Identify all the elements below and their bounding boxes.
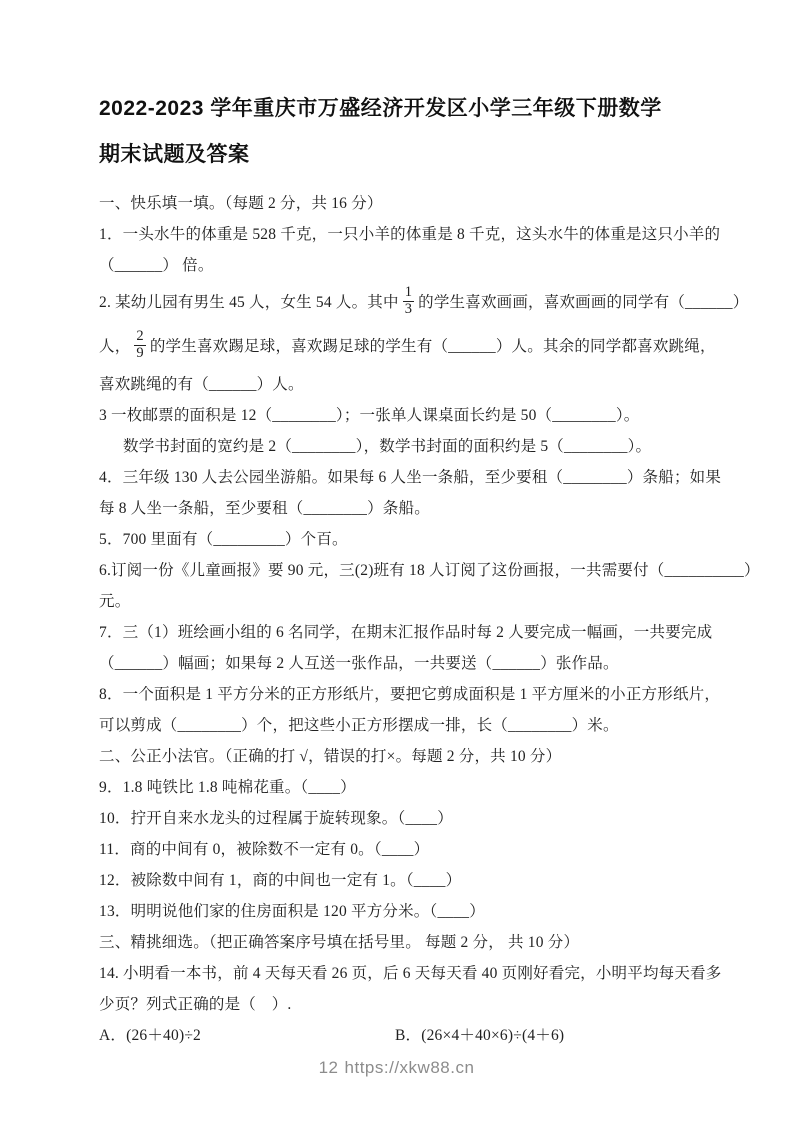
text-line: 10．拧开自来水龙头的过程属于旋转现象。（____） [99,803,699,834]
options-row: A．(26＋40)÷2B．(26×4＋40×6)÷(4＋6) [99,1020,699,1051]
text-segment: 可以剪成（________）个，把这些小正方形摆成一排，长（________）米… [99,717,619,734]
question-14: 14. 小明看一本书，前 4 天每天看 26 页，后 6 天每天看 40 页刚好… [99,958,699,1020]
question-9: 9．1.8 吨铁比 1.8 吨棉花重。（____） [99,772,699,803]
text-line: 一、快乐填一填。（每题 2 分，共 16 分） [99,188,699,219]
question-11: 11．商的中间有 0，被除数不一定有 0。（____） [99,834,699,865]
text-segment: 数学书封面的宽约是 2（________），数学书封面的面积约是 5（_____… [123,438,651,455]
text-line: 14. 小明看一本书，前 4 天每天看 26 页，后 6 天每天看 40 页刚好… [99,958,699,989]
text-line: （______） 倍。 [99,250,699,281]
question-7: 7．三（1）班绘画小组的 6 名同学，在期末汇报作品时每 2 人要完成一幅画，一… [99,617,699,679]
text-line: 人，29的学生喜欢踢足球，喜欢踢足球的学生有（______）人。其余的同学都喜欢… [99,325,699,369]
section-3-heading: 三、精挑细选。（把正确答案序号填在括号里。 每题 2 分， 共 10 分） [99,927,699,958]
text-segment: 5．700 里面有（_________）个百。 [99,531,348,548]
question-6: 6.订阅一份《儿童画报》要 90 元，三(2)班有 18 人订阅了这份画报，一共… [99,555,699,617]
text-line: 2. 某幼儿园有男生 45 人，女生 54 人。其中13的学生喜欢画画，喜欢画画… [99,281,699,325]
text-segment: 1．一头水牛的体重是 528 千克，一只小羊的体重是 8 千克，这头水牛的体重是… [99,226,720,243]
text-line: 13．明明说他们家的住房面积是 120 平方分米。（____） [99,896,699,927]
text-segment: 元。 [99,593,130,610]
fraction: 29 [134,329,145,362]
text-line: 5．700 里面有（_________）个百。 [99,524,699,555]
text-segment: 4．三年级 130 人去公园坐游船。如果每 6 人坐一条船，至少要租（_____… [99,469,721,486]
question-13: 13．明明说他们家的住房面积是 120 平方分米。（____） [99,896,699,927]
exam-page: 2022-2023 学年重庆市万盛经济开发区小学三年级下册数学 期末试题及答案 … [0,0,793,1122]
text-segment: 10．拧开自来水龙头的过程属于旋转现象。（____） [99,810,453,827]
text-segment: 8．一个面积是 1 平方分米的正方形纸片，要把它剪成面积是 1 平方厘米的小正方… [99,686,720,703]
text-segment: 11．商的中间有 0，被除数不一定有 0。（____） [99,841,429,858]
text-line: 可以剪成（________）个，把这些小正方形摆成一排，长（________）米… [99,710,699,741]
fraction: 13 [403,285,414,318]
text-segment: 喜欢跳绳的有（______）人。 [99,376,304,393]
question-5: 5．700 里面有（_________）个百。 [99,524,699,555]
text-line: 数学书封面的宽约是 2（________），数学书封面的面积约是 5（_____… [99,431,699,462]
fraction-denominator: 3 [403,301,414,318]
text-line: 6.订阅一份《儿童画报》要 90 元，三(2)班有 18 人订阅了这份画报，一共… [99,555,699,586]
text-segment: （______） 倍。 [99,257,214,274]
question-2: 2. 某幼儿园有男生 45 人，女生 54 人。其中13的学生喜欢画画，喜欢画画… [99,281,699,400]
section-1-heading: 一、快乐填一填。（每题 2 分，共 16 分） [99,188,699,219]
option-a: A．(26＋40)÷2 [99,1020,395,1051]
text-segment: 的学生喜欢画画，喜欢画画的同学有（______） [418,294,748,311]
fraction-numerator: 2 [134,329,145,345]
question-1: 1．一头水牛的体重是 528 千克，一只小羊的体重是 8 千克，这头水牛的体重是… [99,219,699,281]
text-line: 每 8 人坐一条船，至少要租（________）条船。 [99,493,699,524]
text-line: 8．一个面积是 1 平方分米的正方形纸片，要把它剪成面积是 1 平方厘米的小正方… [99,679,699,710]
text-segment: 6.订阅一份《儿童画报》要 90 元，三(2)班有 18 人订阅了这份画报，一共… [99,562,760,579]
text-segment: 14. 小明看一本书，前 4 天每天看 26 页，后 6 天每天看 40 页刚好… [99,965,721,982]
text-segment: 的学生喜欢踢足球，喜欢踢足球的学生有（______）人。其余的同学都喜欢跳绳， [150,338,716,355]
text-segment: 3 一枚邮票的面积是 12（________）；一张单人课桌面长约是 50（__… [99,407,639,424]
document-body: 2022-2023 学年重庆市万盛经济开发区小学三年级下册数学 期末试题及答案 … [99,86,699,1051]
text-line: 12．被除数中间有 1，商的中间也一定有 1。（____） [99,865,699,896]
option-b: B．(26×4＋40×6)÷(4＋6) [395,1020,564,1051]
text-line: 7．三（1）班绘画小组的 6 名同学，在期末汇报作品时每 2 人要完成一幅画，一… [99,617,699,648]
text-segment: 12．被除数中间有 1，商的中间也一定有 1。（____） [99,872,461,889]
title-line-1: 2022-2023 学年重庆市万盛经济开发区小学三年级下册数学 [99,86,699,132]
question-14-options: A．(26＋40)÷2B．(26×4＋40×6)÷(4＋6) [99,1020,699,1051]
text-segment: 每 8 人坐一条船，至少要租（________）条船。 [99,500,430,517]
title-line-2: 期末试题及答案 [99,132,699,178]
text-segment: 一、快乐填一填。（每题 2 分，共 16 分） [99,195,383,212]
text-segment: 人， [99,338,130,355]
footer-url: https://xkw88.cn [345,1058,475,1077]
fraction-numerator: 1 [403,285,414,301]
text-line: 喜欢跳绳的有（______）人。 [99,369,699,400]
text-segment: 13．明明说他们家的住房面积是 120 平方分米。（____） [99,903,485,920]
text-segment: （______）幅画；如果每 2 人互送一张作品，一共要送（______）张作品… [99,655,619,672]
text-line: 11．商的中间有 0，被除数不一定有 0。（____） [99,834,699,865]
text-line: （______）幅画；如果每 2 人互送一张作品，一共要送（______）张作品… [99,648,699,679]
text-line: 4．三年级 130 人去公园坐游船。如果每 6 人坐一条船，至少要租（_____… [99,462,699,493]
text-line: 三、精挑细选。（把正确答案序号填在括号里。 每题 2 分， 共 10 分） [99,927,699,958]
question-12: 12．被除数中间有 1，商的中间也一定有 1。（____） [99,865,699,896]
text-line: 少页？列式正确的是（ ）. [99,989,699,1020]
text-line: 1．一头水牛的体重是 528 千克，一只小羊的体重是 8 千克，这头水牛的体重是… [99,219,699,250]
text-segment: 三、精挑细选。（把正确答案序号填在括号里。 每题 2 分， 共 10 分） [99,934,579,951]
text-line: 9．1.8 吨铁比 1.8 吨棉花重。（____） [99,772,699,803]
text-segment: 9．1.8 吨铁比 1.8 吨棉花重。（____） [99,779,356,796]
question-8: 8．一个面积是 1 平方分米的正方形纸片，要把它剪成面积是 1 平方厘米的小正方… [99,679,699,741]
section-2-heading: 二、公正小法官。（正确的打 √，错误的打×。每题 2 分，共 10 分） [99,741,699,772]
question-3: 3 一枚邮票的面积是 12（________）；一张单人课桌面长约是 50（__… [99,400,699,462]
text-line: 二、公正小法官。（正确的打 √，错误的打×。每题 2 分，共 10 分） [99,741,699,772]
text-segment: 二、公正小法官。（正确的打 √，错误的打×。每题 2 分，共 10 分） [99,748,561,765]
text-line: 3 一枚邮票的面积是 12（________）；一张单人课桌面长约是 50（__… [99,400,699,431]
text-segment: 2. 某幼儿园有男生 45 人，女生 54 人。其中 [99,294,399,311]
footer-page-number: 12 [319,1058,339,1077]
text-line: 元。 [99,586,699,617]
question-4: 4．三年级 130 人去公园坐游船。如果每 6 人坐一条船，至少要租（_____… [99,462,699,524]
page-title: 2022-2023 学年重庆市万盛经济开发区小学三年级下册数学 期末试题及答案 [99,86,699,178]
page-footer: 12https://xkw88.cn [0,1058,793,1078]
fraction-denominator: 9 [134,345,145,362]
question-list: 一、快乐填一填。（每题 2 分，共 16 分）1．一头水牛的体重是 528 千克… [99,188,699,1051]
text-segment: 7．三（1）班绘画小组的 6 名同学，在期末汇报作品时每 2 人要完成一幅画，一… [99,624,712,641]
question-10: 10．拧开自来水龙头的过程属于旋转现象。（____） [99,803,699,834]
text-segment: 少页？列式正确的是（ ）. [99,996,291,1013]
